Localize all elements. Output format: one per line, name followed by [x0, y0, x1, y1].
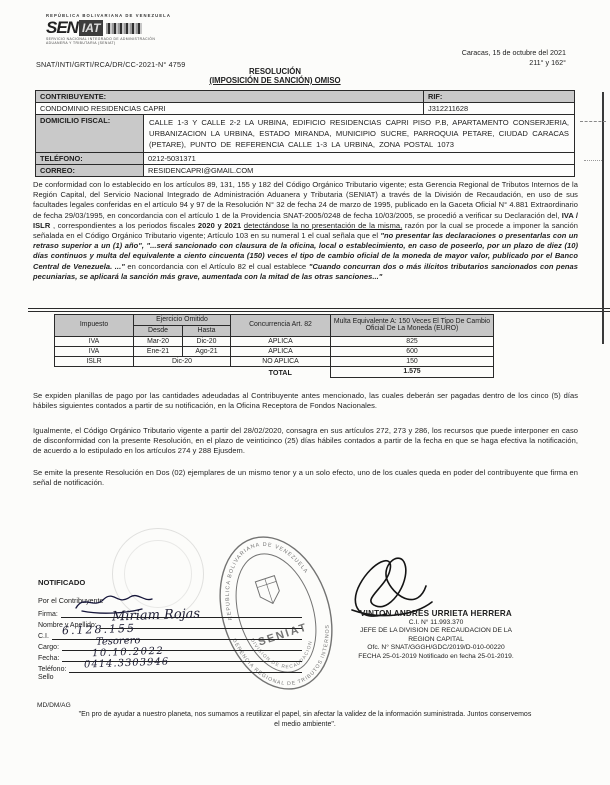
legal-paragraph-4: Se emite la presente Resolución en Dos (…: [33, 468, 578, 488]
col-header-hasta: Hasta: [183, 325, 231, 336]
col-header-ejercicio: Ejercicio Omitido: [134, 315, 231, 326]
date-block: Caracas, 15 de octubre del 2021 211° y 1…: [462, 48, 566, 67]
cell-multa: 600: [331, 346, 494, 356]
correo-label: CORREO:: [36, 165, 144, 177]
official-ofc-number: Ofc. N° SNAT/GGGH/GDC/2019/D-010-00220: [318, 644, 554, 653]
cell-multa: 825: [331, 336, 494, 346]
fecha-label: Fecha:: [38, 655, 62, 662]
legal-paragraph-1: De conformidad con lo establecido en los…: [33, 180, 578, 282]
official-title-line1: JEFE DE LA DIVISION DE RECAUDACION DE LA: [318, 627, 554, 636]
legal-paragraph-3: Igualmente, el Código Orgánico Tributari…: [33, 426, 578, 457]
telefono-label: Teléfono:: [38, 666, 69, 673]
logo-text-iat: IAT: [79, 20, 103, 36]
horizontal-divider: [28, 308, 610, 312]
scan-artifact-line: [602, 92, 604, 344]
anniversary-years: 211° y 162°: [462, 58, 566, 68]
table-row: CONTRIBUYENTE: RIF:: [36, 91, 575, 103]
col-header-concurrencia: Concurrencia Art. 82: [231, 315, 331, 337]
official-name: VINTON ANDRES URRIETA HERRERA: [318, 610, 554, 619]
contribuyente-label: CONTRIBUYENTE:: [36, 91, 424, 103]
logo-subtitle-line2: ADUANERA Y TRIBUTARIA (SENIAT): [46, 41, 236, 45]
total-row: TOTAL 1.575: [55, 366, 494, 378]
quote-line2: el medio ambiente".: [0, 720, 610, 730]
total-label: TOTAL: [231, 366, 331, 378]
title-line2: (IMPOSICIÓN DE SANCIÓN) OMISO: [0, 76, 550, 85]
cell-desde: Mar-20: [134, 336, 183, 346]
cargo-field: Cargo:: [38, 640, 302, 651]
official-fecha: FECHA 25-01-2019 Notificado en fecha 25-…: [318, 653, 554, 662]
domicilio-value: CALLE 1-3 Y CALLE 2-2 LA URBINA, EDIFICI…: [144, 115, 575, 153]
total-value: 1.575: [331, 366, 494, 378]
paragraph-segment-underlined: detectándose la no presentación de la mi…: [244, 221, 402, 230]
cell-hasta: Dic-20: [183, 336, 231, 346]
rif-label: RIF:: [424, 91, 575, 103]
table-row: TELÉFONO: 0212-5031371: [36, 153, 575, 165]
title-line1: RESOLUCIÓN: [0, 67, 550, 76]
cell-periodo: Dic-20: [134, 356, 231, 366]
cell-hasta: Ago-21: [183, 346, 231, 356]
firma-label: Firma:: [38, 611, 61, 618]
paragraph-segment: en concordancia con el Artículo 82 el cu…: [125, 262, 309, 271]
sanction-row: ISLR Dic-20 NO APLICA 150: [55, 356, 494, 366]
city-date: Caracas, 15 de octubre del 2021: [462, 48, 566, 58]
legal-paragraph-2: Se expiden planillas de pago por las can…: [33, 391, 578, 411]
paragraph-segment-bold: 2020 y 2021: [198, 221, 241, 230]
table-row: CORREO: RESIDENCAPRI@GMAIL.COM: [36, 165, 575, 177]
coat-of-arms-icon: [255, 576, 282, 607]
cell-impuesto: ISLR: [55, 356, 134, 366]
cell-concurrencia: APLICA: [231, 336, 331, 346]
sello-label: Sello: [38, 674, 54, 681]
table-row: DOMICILIO FISCAL: CALLE 1-3 Y CALLE 2-2 …: [36, 115, 575, 153]
taxpayer-info-table: CONTRIBUYENTE: RIF: CONDOMINIO RESIDENCI…: [35, 90, 575, 177]
sanction-row: IVA Ene-21 Ago-21 APLICA 600: [55, 346, 494, 356]
scanned-resolution-document: REPÚBLICA BOLIVARIANA DE VENEZUELA SEN I…: [0, 0, 610, 785]
cell-concurrencia: NO APLICA: [231, 356, 331, 366]
domicilio-label: DOMICILIO FISCAL:: [36, 115, 144, 153]
paragraph-segment: , correspondientes a los periodos fiscal…: [50, 221, 198, 230]
telefono-value: 0212-5031371: [144, 153, 575, 165]
rif-value: J312211628: [424, 103, 575, 115]
cell-concurrencia: APLICA: [231, 346, 331, 356]
notificado-heading: NOTIFICADO: [38, 578, 85, 587]
cell-impuesto: IVA: [55, 346, 134, 356]
taxpayer-name: CONDOMINIO RESIDENCIAS CAPRI: [36, 103, 424, 115]
official-ci: C.I. N° 11.993.370: [318, 619, 554, 628]
col-header-impuesto: Impuesto: [55, 315, 134, 337]
fecha-field: Fecha:: [38, 651, 302, 662]
cell-desde: Ene-21: [134, 346, 183, 356]
quote-line1: "En pro de ayudar a nuestro planeta, nos…: [0, 710, 610, 720]
official-identity-block: VINTON ANDRES URRIETA HERRERA C.I. N° 11…: [318, 610, 554, 662]
sanction-row: IVA Mar-20 Dic-20 APLICA 825: [55, 336, 494, 346]
empty-cell: [55, 366, 134, 378]
logo-wordmark: SEN IAT: [46, 19, 236, 37]
cell-impuesto: IVA: [55, 336, 134, 346]
cargo-label: Cargo:: [38, 644, 62, 651]
sanction-table: Impuesto Ejercicio Omitido Concurrencia …: [54, 314, 494, 378]
flag-stripes-icon: [106, 23, 142, 34]
document-title: RESOLUCIÓN (IMPOSICIÓN DE SANCIÓN) OMISO: [0, 67, 550, 85]
scan-artifact-dashes: [584, 160, 602, 161]
table-row: CONDOMINIO RESIDENCIAS CAPRI J312211628: [36, 103, 575, 115]
correo-value: RESIDENCAPRI@GMAIL.COM: [144, 165, 575, 177]
empty-cell: [134, 366, 231, 378]
table-header-row: Impuesto Ejercicio Omitido Concurrencia …: [55, 315, 494, 326]
col-header-desde: Desde: [134, 325, 183, 336]
logo-text-sen: SEN: [46, 18, 78, 38]
paragraph-segment: De conformidad con lo establecido en los…: [33, 180, 578, 220]
col-header-multa: Multa Equivalente A: 150 Veces El Tipo D…: [331, 315, 494, 337]
environment-quote: "En pro de ayudar a nuestro planeta, nos…: [0, 710, 610, 729]
telefono-field: Teléfono:: [38, 662, 302, 673]
seniat-logo: REPÚBLICA BOLIVARIANA DE VENEZUELA SEN I…: [46, 13, 236, 46]
footer-initials: MD/DM/AG: [37, 702, 71, 709]
cell-multa: 150: [331, 356, 494, 366]
telefono-label: TELÉFONO:: [36, 153, 144, 165]
scan-artifact-dashes: [580, 121, 606, 122]
ci-label: C.I.: [38, 633, 52, 640]
